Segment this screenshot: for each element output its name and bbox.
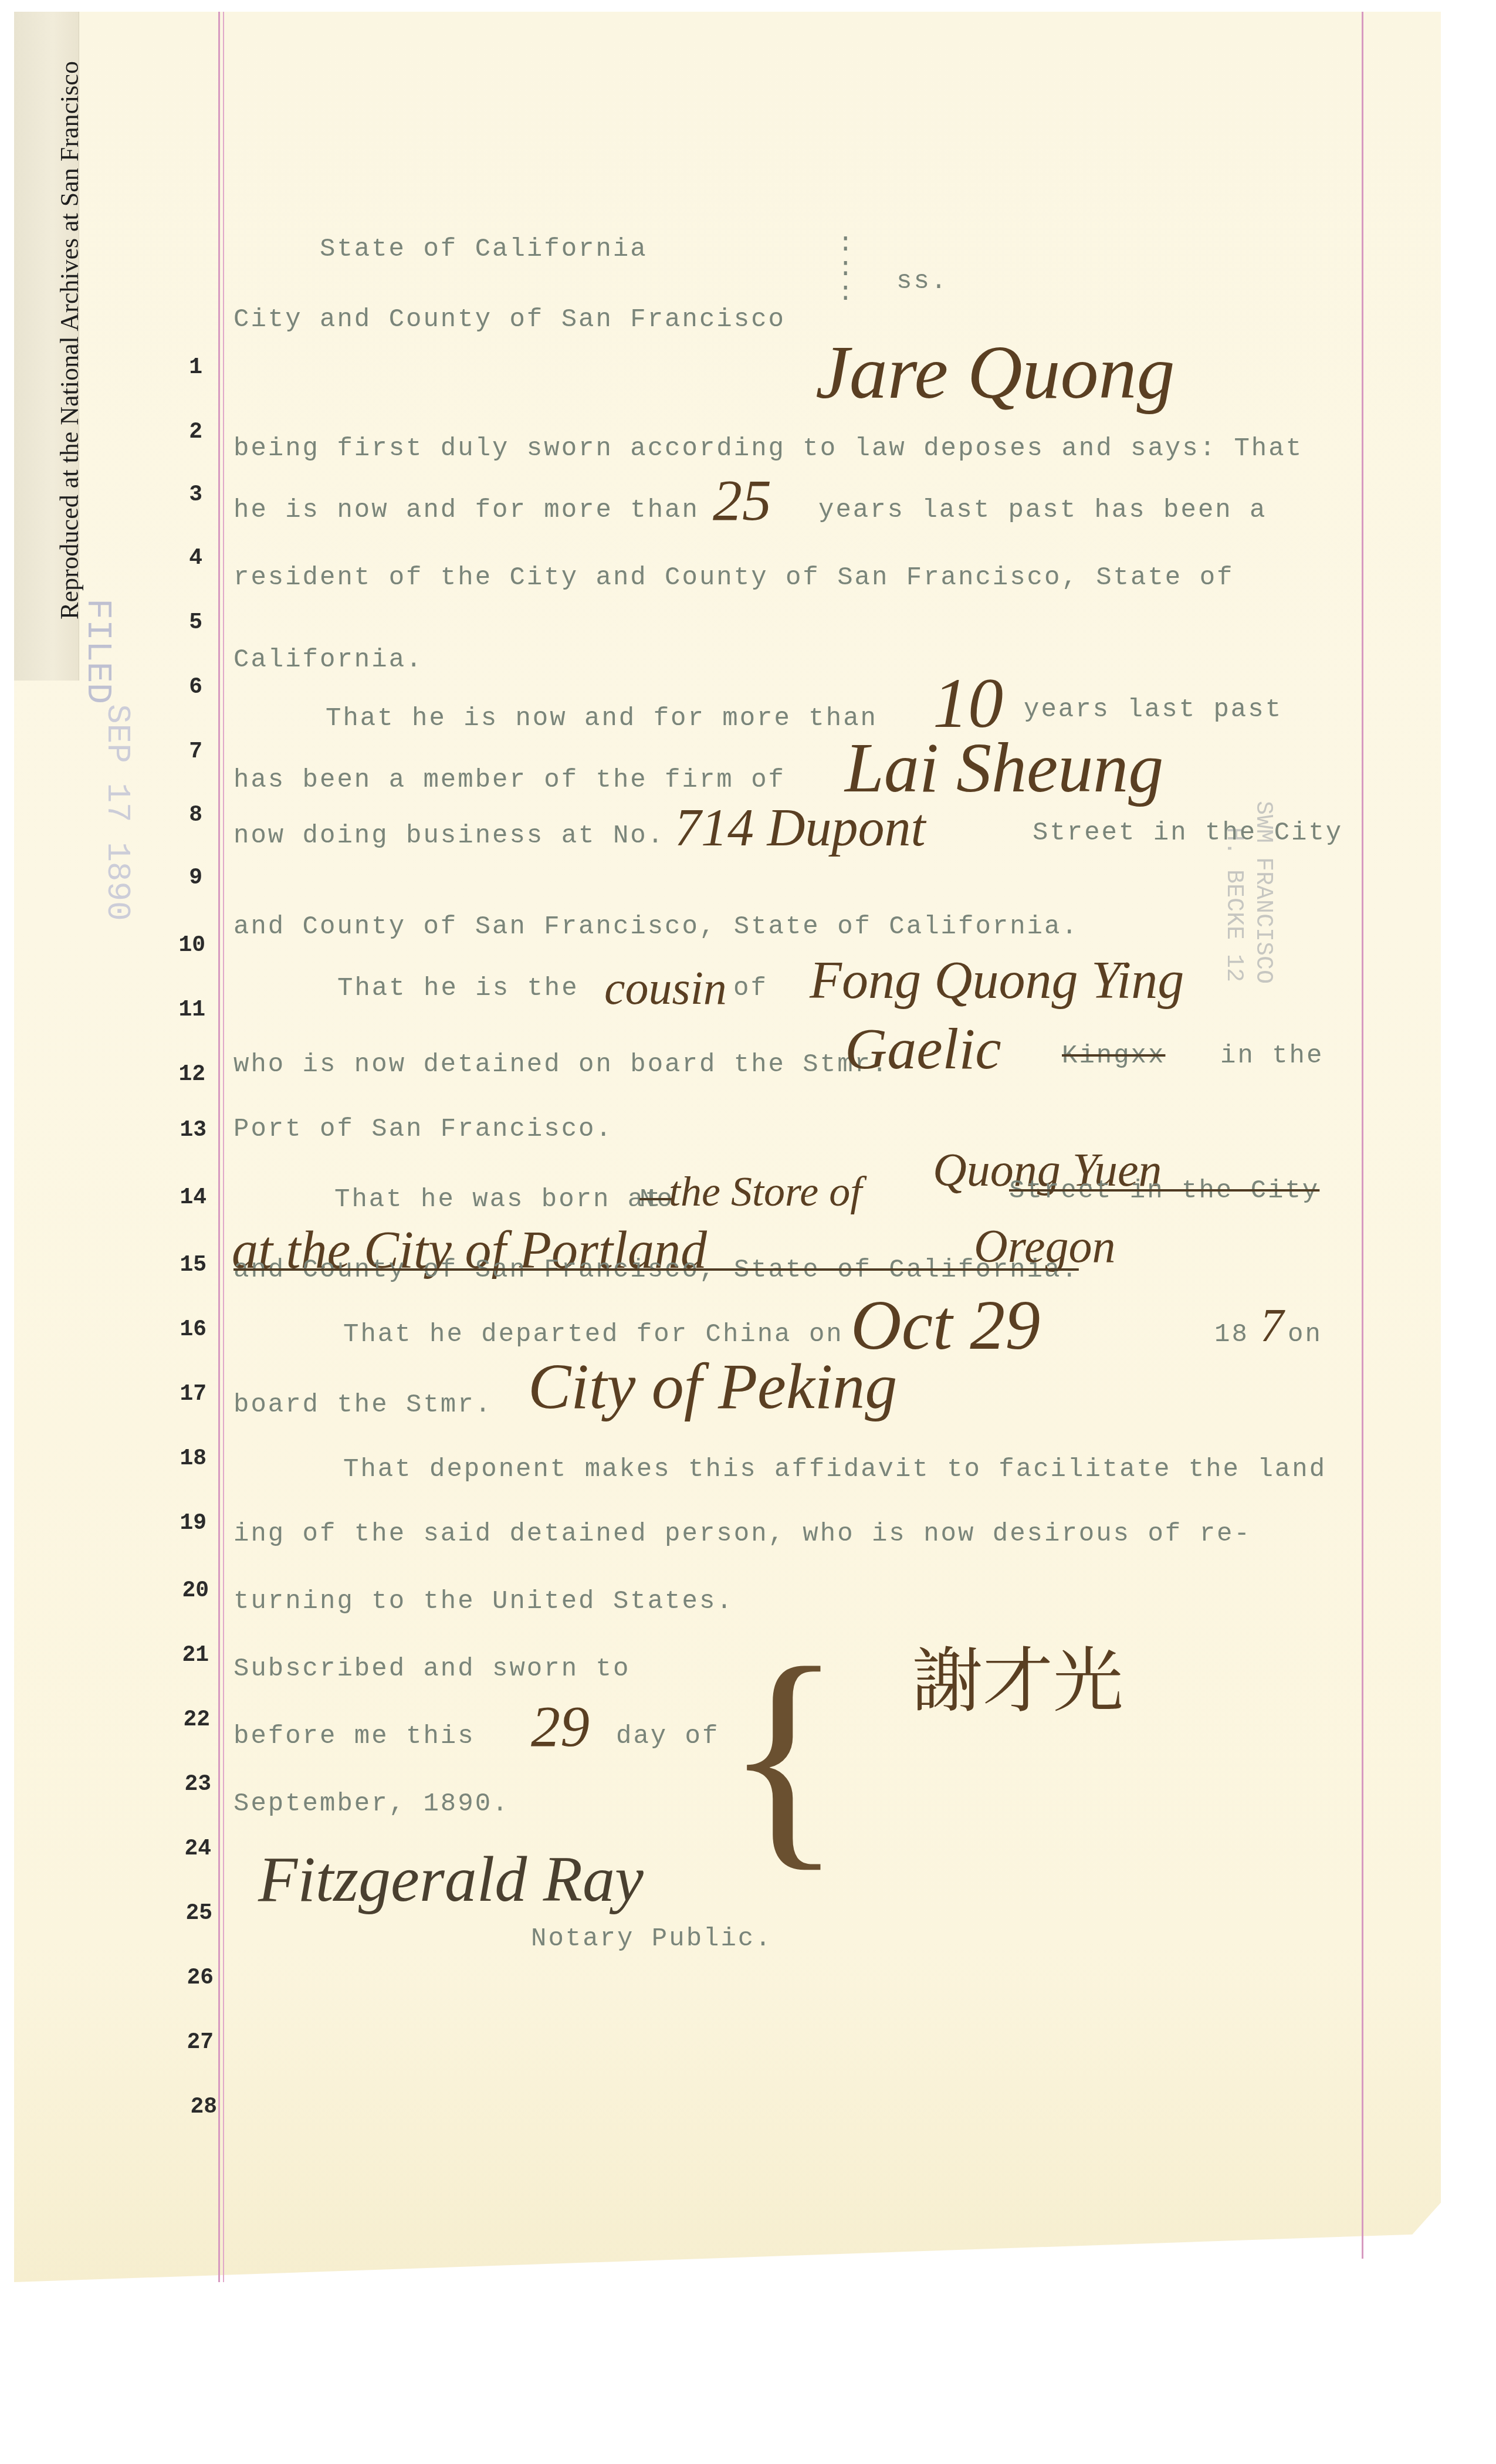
relation: cousin: [604, 962, 727, 1016]
body-line-11c: in the: [1220, 1041, 1324, 1071]
archive-label: Reproduced at the National Archives at S…: [52, 15, 87, 666]
jurat-line-1: Subscribed and sworn to: [233, 1654, 630, 1684]
line-number: 28: [170, 2094, 217, 2120]
filed-stamp: FILED: [77, 598, 117, 704]
line-number: 22: [163, 1707, 210, 1732]
line-number: 13: [160, 1118, 207, 1143]
jurat-day: 29: [531, 1693, 590, 1760]
business-address: 714 Dupont: [675, 798, 926, 858]
detained-person-name: Fong Quong Ying: [810, 950, 1184, 1011]
body-line-3a: he is now and for more than: [233, 496, 699, 525]
jurat-line-2a: before me this: [233, 1722, 475, 1751]
line-number: 15: [160, 1253, 207, 1278]
body-line-18: ing of the said detained person, who is …: [233, 1519, 1251, 1549]
body-line-16: board the Stmr.: [233, 1390, 492, 1420]
line-number: 7: [155, 739, 202, 764]
header-ss: ss.: [896, 267, 948, 296]
line-number: 20: [162, 1578, 209, 1603]
header-colons: :::: [838, 232, 855, 306]
right-margin-line: [1362, 12, 1363, 2259]
header-state: State of California: [320, 235, 648, 264]
body-line-3b: years last past has been a: [818, 496, 1267, 525]
line-number: 18: [160, 1446, 207, 1471]
body-line-15c: on: [1288, 1320, 1322, 1349]
line-number: 21: [162, 1643, 209, 1668]
body-line-13a: That he was born at: [334, 1185, 662, 1214]
line-number: 16: [160, 1317, 207, 1342]
detained-steamer: Gaelic: [845, 1015, 1001, 1082]
line-number: 19: [160, 1511, 207, 1536]
body-line-2: being first duly sworn according to law …: [233, 434, 1303, 463]
struck-steamer-text: Kingxx: [1062, 1041, 1165, 1071]
body-line-11a: who is now detained on board the Stmr.: [233, 1050, 889, 1079]
date-stamp: SEP 17 1890: [99, 704, 136, 921]
line-number: 25: [165, 1901, 212, 1926]
line-number: 5: [155, 610, 202, 635]
line-number: 2: [155, 419, 202, 445]
departure-year-digit: 7: [1260, 1299, 1284, 1353]
line-number: 24: [164, 1836, 211, 1861]
body-line-6a: That he is now and for more than: [326, 704, 878, 733]
body-line-5: California.: [233, 645, 423, 675]
line-number: 17: [160, 1382, 207, 1407]
line-number: 11: [158, 997, 205, 1023]
body-line-8a: now doing business at No.: [233, 821, 665, 851]
body-line-10b: of: [733, 974, 768, 1003]
body-line-12: Port of San Francisco.: [233, 1115, 613, 1144]
body-line-4: resident of the City and County of San F…: [233, 563, 1234, 593]
chinese-signature: 謝才光: [912, 1625, 1123, 1726]
line-number: 4: [155, 546, 202, 571]
notary-title: Notary Public.: [531, 1924, 773, 1954]
line-number: 1: [155, 355, 202, 380]
jurat-line-3: September, 1890.: [233, 1789, 509, 1819]
line-number: 27: [167, 2030, 214, 2055]
line-number: 26: [167, 1965, 214, 1991]
years-resident: 25: [713, 466, 771, 534]
line-number: 12: [158, 1062, 205, 1087]
line-number: 23: [164, 1772, 211, 1797]
archive-strip: Reproduced at the National Archives at S…: [14, 12, 79, 681]
body-line-8b: Street in the City: [1033, 818, 1343, 848]
left-margin-line-inner: [223, 12, 224, 2282]
body-line-19: turning to the United States.: [233, 1587, 734, 1616]
line-number: 6: [155, 675, 202, 700]
departure-steamer: City of Peking: [528, 1349, 897, 1424]
body-line-15b: 18: [1214, 1320, 1249, 1349]
firm-name: Lai Sheung: [845, 727, 1163, 808]
body-line-10a: That he is the: [337, 974, 579, 1003]
line-number: 14: [160, 1185, 207, 1210]
body-line-6b: years last past: [1024, 695, 1282, 725]
body-line-9: and County of San Francisco, State of Ca…: [233, 912, 1079, 942]
struck-street: Street in the City: [1009, 1176, 1319, 1206]
line-number: 8: [155, 803, 202, 828]
line-number: 9: [155, 865, 202, 891]
left-margin-line: [218, 12, 220, 2282]
body-line-7: has been a member of the firm of: [233, 766, 786, 795]
line-number: 3: [155, 482, 202, 507]
jurat-line-2b: day of: [616, 1722, 719, 1751]
notary-signature: Fitzgerald Ray: [258, 1842, 644, 1917]
deponent-name: Jare Quong: [815, 329, 1175, 417]
body-line-15a: That he departed for China on: [343, 1320, 844, 1349]
birth-store: the Store of: [669, 1167, 862, 1216]
line-number: 10: [158, 933, 205, 958]
brace-mark: {: [725, 1631, 843, 1877]
struck-county-line: and County of San Francisco, State of Ca…: [233, 1255, 1079, 1285]
header-county: City and County of San Francisco: [233, 305, 786, 334]
right-stamp-2: H. BECKE 12: [1220, 827, 1247, 982]
body-line-17: That deponent makes this affidavit to fa…: [343, 1455, 1326, 1484]
